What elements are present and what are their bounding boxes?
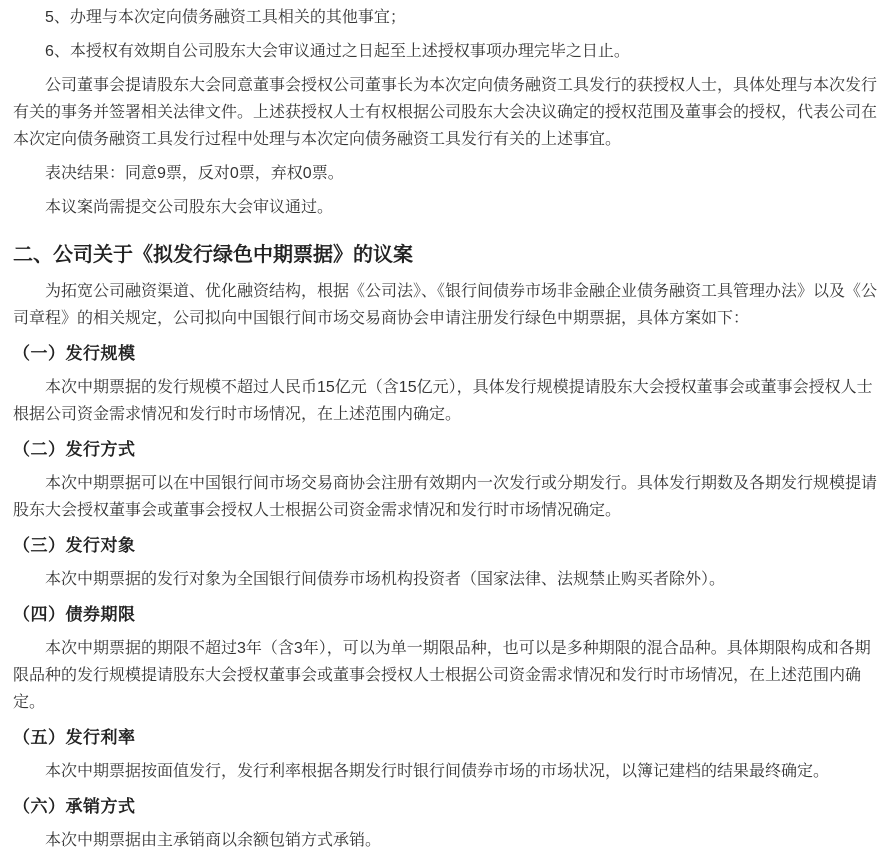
- subsection-heading: （一）发行规模: [13, 340, 877, 367]
- subsection-heading: （二）发行方式: [13, 436, 877, 463]
- subsection-heading: （五）发行利率: [13, 724, 877, 751]
- paragraph: 为拓宽公司融资渠道、优化融资结构，根据《公司法》、《银行间债券市场非金融企业债务…: [13, 278, 877, 332]
- paragraph: 本议案尚需提交公司股东大会审议通过。: [13, 194, 877, 221]
- subsection-heading: （四）债券期限: [13, 601, 877, 628]
- paragraph: 本次中期票据的期限不超过3年（含3年），可以为单一期限品种，也可以是多种期限的混…: [13, 635, 877, 716]
- paragraph: 本次中期票据由主承销商以余额包销方式承销。: [13, 827, 877, 854]
- paragraph: 5、办理与本次定向债务融资工具相关的其他事宜；: [13, 4, 877, 31]
- paragraph: 本次中期票据的发行对象为全国银行间债券市场机构投资者（国家法律、法规禁止购买者除…: [13, 566, 877, 593]
- paragraph: 本次中期票据按面值发行，发行利率根据各期发行时银行间债券市场的市场状况，以簿记建…: [13, 758, 877, 785]
- paragraph: 表决结果：同意9票，反对0票，弃权0票。: [13, 160, 877, 187]
- subsection-heading: （三）发行对象: [13, 532, 877, 559]
- subsection-heading: （六）承销方式: [13, 793, 877, 820]
- paragraph: 本次中期票据的发行规模不超过人民币15亿元（含15亿元），具体发行规模提请股东大…: [13, 374, 877, 428]
- paragraph: 本次中期票据可以在中国银行间市场交易商协会注册有效期内一次发行或分期发行。具体发…: [13, 470, 877, 524]
- document-body: 5、办理与本次定向债务融资工具相关的其他事宜；6、本授权有效期自公司股东大会审议…: [0, 0, 886, 854]
- paragraph: 公司董事会提请股东大会同意董事会授权公司董事长为本次定向债务融资工具发行的获授权…: [13, 72, 877, 153]
- section-heading: 二、公司关于《拟发行绿色中期票据》的议案: [13, 241, 877, 269]
- paragraph: 6、本授权有效期自公司股东大会审议通过之日起至上述授权事项办理完毕之日止。: [13, 38, 877, 65]
